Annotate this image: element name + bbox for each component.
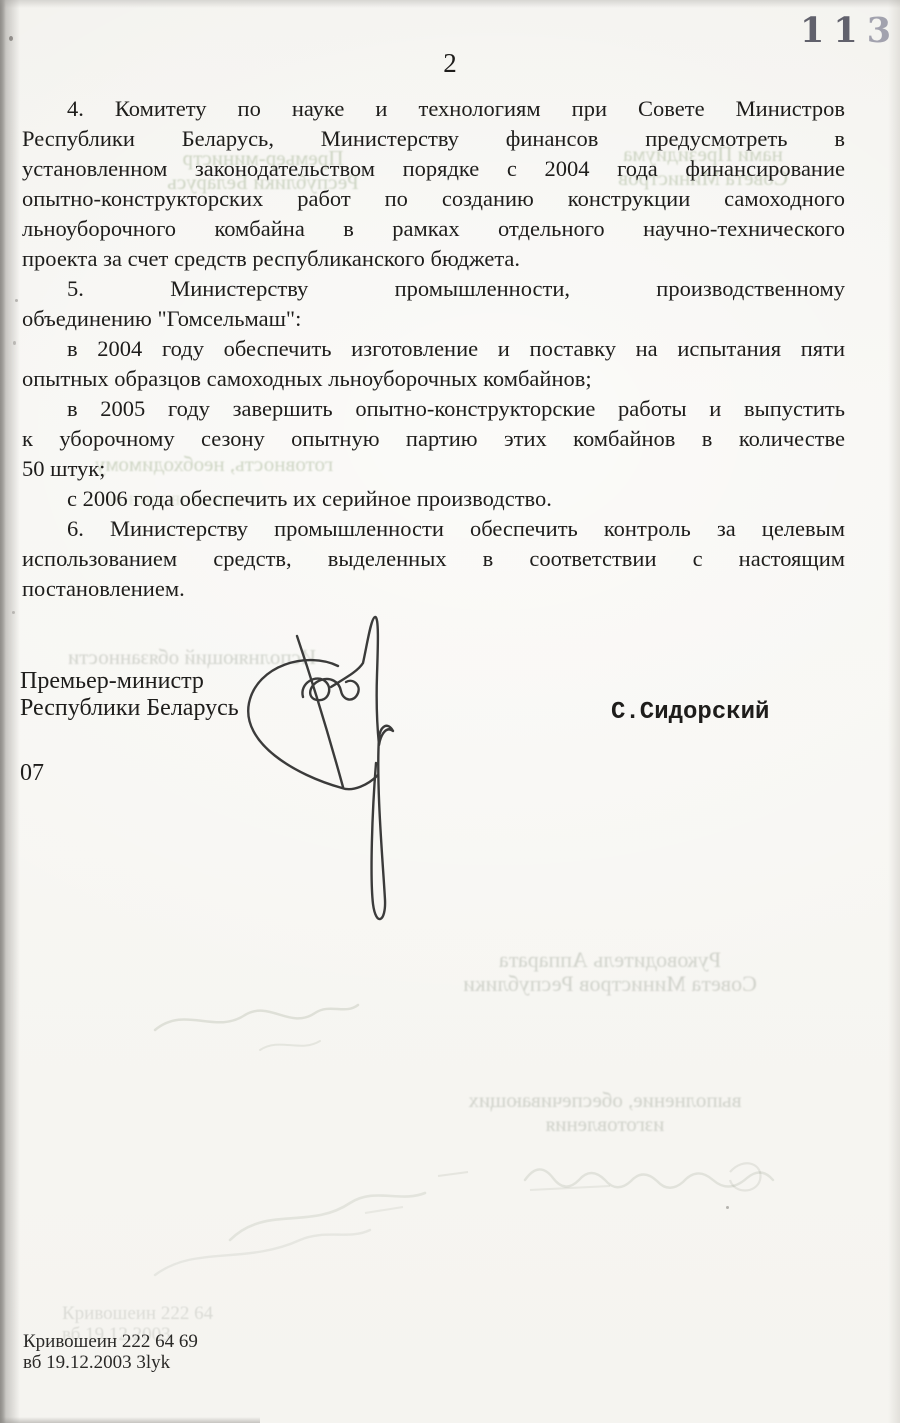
doc-line: опытно-конструкторских работ по созданию…	[22, 184, 845, 214]
handwritten-signature	[235, 605, 425, 950]
doc-line: установленном законодательством порядке …	[22, 154, 845, 184]
bleed-scribble	[135, 1185, 435, 1290]
bleed-scribble	[140, 975, 370, 1065]
scan-edge-left-dark	[0, 0, 6, 1423]
doc-line: постановлением.	[22, 574, 845, 604]
doc-line: опытных образцов самоходных льноуборочны…	[22, 364, 845, 394]
doc-line: льноуборочного комбайна в рамках отдельн…	[22, 214, 845, 244]
dust-speck	[13, 341, 16, 345]
doc-line: использованием средств, выделенных в соо…	[22, 544, 845, 574]
dust-speck	[15, 299, 18, 302]
doc-line: в 2005 году завершить опытно-конструктор…	[22, 394, 845, 424]
scanned-decree-page: Премьер-министр Республики Беларусь нами…	[0, 0, 900, 1423]
doc-line: Республики Беларусь, Министерству финанс…	[22, 124, 845, 154]
signer-role-line1: Премьер-министр	[20, 668, 239, 695]
signer-role: Премьер-министр Республики Беларусь	[20, 668, 239, 722]
dust-speck	[726, 1206, 729, 1209]
executor-name-phone: Кривошеин 222 64 69	[23, 1331, 198, 1352]
doc-line: в 2004 году обеспечить изготовление и по…	[22, 334, 845, 364]
scan-edge-top	[0, 0, 900, 8]
doc-line: с 2006 года обеспечить их серийное произ…	[22, 484, 845, 514]
doc-line: проекта за счет средств республиканского…	[22, 244, 845, 274]
signer-role-line2: Республики Беларусь	[20, 695, 239, 722]
left-margin-code: 07	[20, 760, 44, 787]
scan-edge-right	[888, 0, 900, 1423]
decree-text: 4. Комитету по науке и технологиям при С…	[22, 94, 845, 604]
sheet-number-stamp: 113	[800, 10, 900, 51]
scan-edge-bottom	[0, 1417, 260, 1423]
executor-note: Кривошеин 222 64 69 вб 19.12.2003 3lyk	[23, 1331, 198, 1373]
doc-line: 50 штук;	[22, 454, 845, 484]
dust-speck	[12, 611, 15, 614]
page-number: 2	[0, 48, 900, 79]
dust-speck	[9, 36, 13, 41]
executor-date-code: вб 19.12.2003 3lyk	[23, 1352, 198, 1373]
bleed-through-text: Руководитель Аппарата Совета Министров Р…	[445, 948, 775, 996]
doc-line: 5. Министерству промышленности, производ…	[22, 274, 845, 304]
doc-line: объединению "Гомсельмаш":	[22, 304, 845, 334]
signer-name: С.Сидорский	[611, 699, 769, 726]
bleed-through-text: выполнение, обеспечивающих изготовления	[445, 1088, 765, 1136]
doc-line: 4. Комитету по науке и технологиям при С…	[22, 94, 845, 124]
doc-line: 6. Министерству промышленности обеспечит…	[22, 514, 845, 544]
bleed-scribble	[430, 1142, 785, 1204]
doc-line: к уборочному сезону опытную партию этих …	[22, 424, 845, 454]
